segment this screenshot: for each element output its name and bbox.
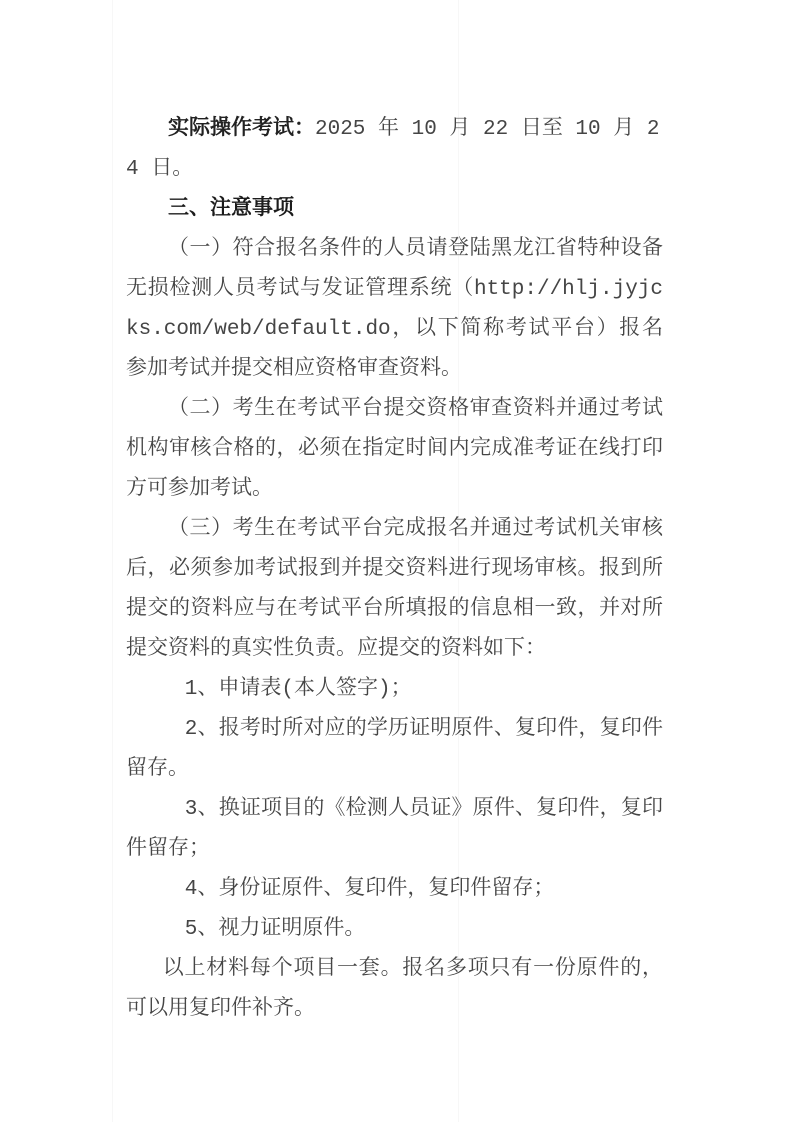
numbered-item: 4、身份证原件、复印件，复印件留存； (126, 870, 663, 910)
numbered-item: 2、报考时所对应的学历证明原件、复印件，复印件留存。 (126, 710, 663, 790)
body-text: 3、换证项目的《检测人员证》原件、复印件，复印件留存； (126, 798, 663, 861)
paragraph: （二）考生在考试平台提交资格审查资料并通过考试机构审核合格的，必须在指定时间内完… (126, 390, 663, 510)
paragraph: 实际操作考试：2025 年 10 月 22 日至 10 月 24 日。 (126, 110, 663, 190)
body-text: （二）考生在考试平台提交资格审查资料并通过考试机构审核合格的，必须在指定时间内完… (126, 398, 663, 501)
paragraph: 以上材料每个项目一套。报名多项只有一份原件的，可以用复印件补齐。 (126, 950, 663, 1030)
section-heading: 三、注意事项 (126, 190, 663, 230)
paragraph: （三）考生在考试平台完成报名并通过考试机关审核后，必须参加考试报到并提交资料进行… (126, 510, 663, 670)
bold-label-text: 三、注意事项 (168, 198, 294, 221)
body-text: 1、申请表(本人签字)； (185, 678, 412, 701)
scanned-notice-page: 实际操作考试：2025 年 10 月 22 日至 10 月 24 日。三、注意事… (0, 0, 794, 1122)
body-text: 2、报考时所对应的学历证明原件、复印件，复印件留存。 (126, 718, 663, 781)
bold-label-text: 实际操作考试： (168, 118, 315, 141)
body-text: （一）符合报名条件的人员请登陆黑龙江省特种设备无损检测人员考试与发证管理系统（h… (126, 238, 663, 381)
body-text: 5、视力证明原件。 (185, 918, 366, 941)
body-text: 4、身份证原件、复印件，复印件留存； (185, 878, 555, 901)
scan-artifact-line (112, 0, 113, 1122)
numbered-item: 5、视力证明原件。 (126, 910, 663, 950)
paragraph: （一）符合报名条件的人员请登陆黑龙江省特种设备无损检测人员考试与发证管理系统（h… (126, 230, 663, 390)
body-text: （三）考生在考试平台完成报名并通过考试机关审核后，必须参加考试报到并提交资料进行… (126, 518, 663, 661)
numbered-item: 1、申请表(本人签字)； (126, 670, 663, 710)
numbered-item: 3、换证项目的《检测人员证》原件、复印件，复印件留存； (126, 790, 663, 870)
body-text: 以上材料每个项目一套。报名多项只有一份原件的，可以用复印件补齐。 (126, 958, 663, 1021)
document-text-block: 实际操作考试：2025 年 10 月 22 日至 10 月 24 日。三、注意事… (126, 110, 663, 1030)
